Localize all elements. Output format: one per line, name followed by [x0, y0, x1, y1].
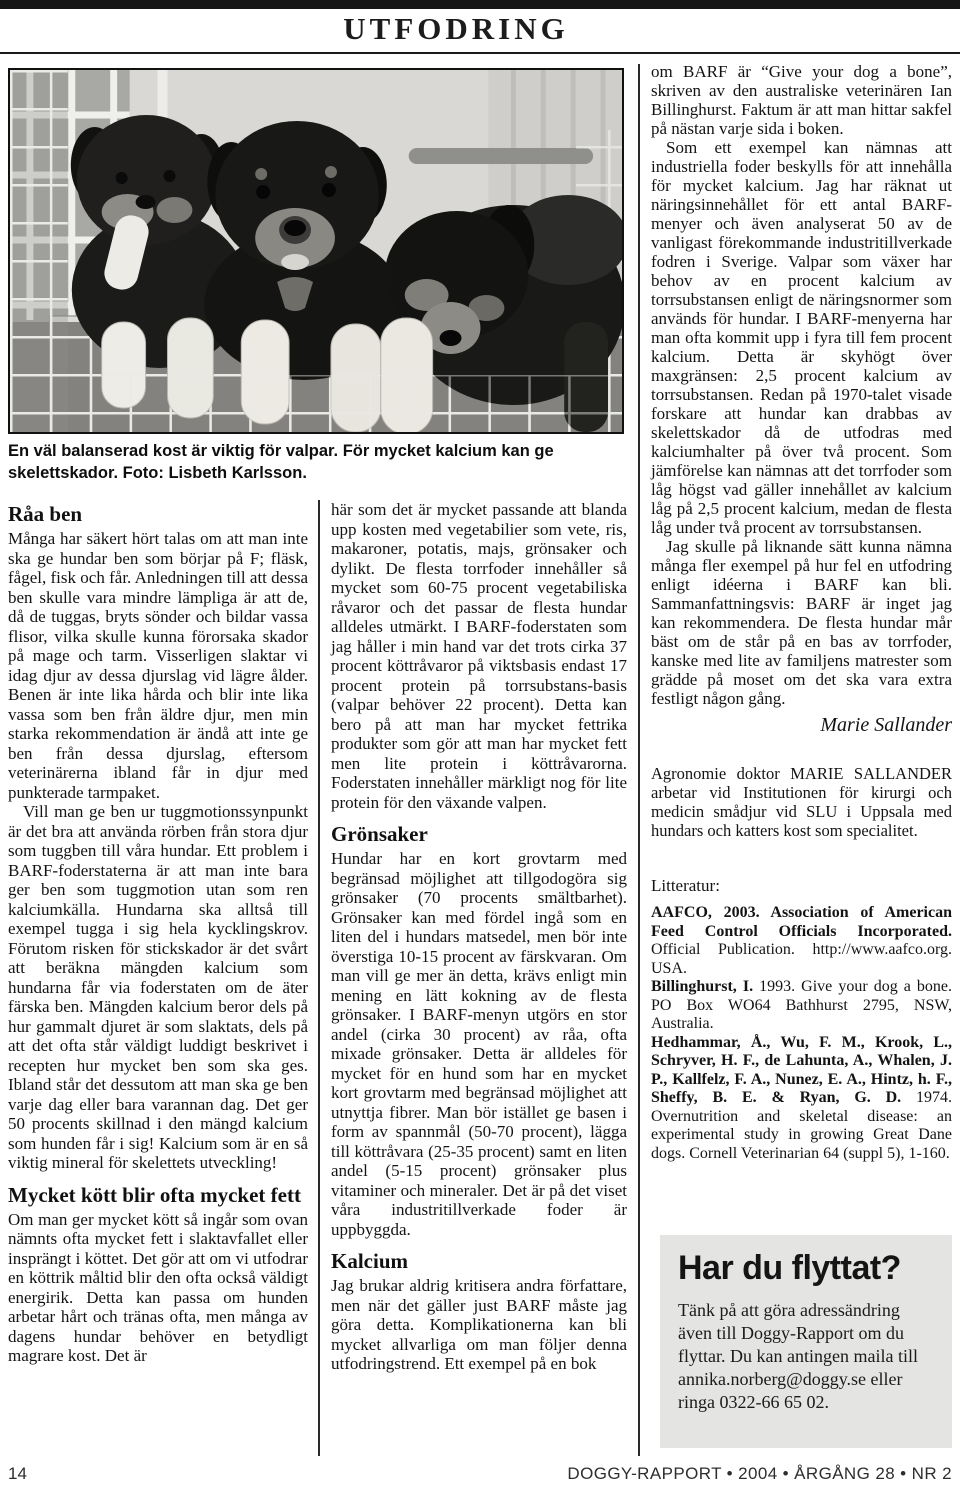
body-paragraph: Om man ger mycket kött så ingår som ovan…: [8, 1210, 308, 1366]
article-column-2: här som det är mycket passande att bland…: [331, 500, 627, 1374]
notice-heading: Har du flyttat?: [678, 1250, 934, 1287]
reference-details: Official Publication. http://www.aafco.o…: [651, 941, 952, 977]
article-column-1: Råa ben Många har säkert hört talas om a…: [8, 502, 308, 1366]
reference-item: AAFCO, 2003. Association of American Fee…: [651, 904, 952, 978]
puppies-photo-illustration: [10, 70, 622, 432]
page-title: UTFODRING: [0, 11, 912, 47]
column-divider-right: [638, 64, 640, 1456]
reference-item: Hedhammar, Å., Wu, F. M., Krook, L., Sch…: [651, 1034, 952, 1164]
notice-body: Tänk på att göra adressändring även till…: [678, 1299, 934, 1414]
column-divider-left: [318, 500, 320, 1456]
body-paragraph: Jag brukar aldrig kritisera andra förfat…: [331, 1276, 627, 1374]
section-heading-kalcium: Kalcium: [331, 1249, 627, 1273]
reference-authors: Billinghurst, I.: [651, 978, 753, 995]
address-change-notice-box: Har du flyttat? Tänk på att göra adressä…: [660, 1235, 952, 1448]
literature-label: Litteratur:: [651, 876, 952, 895]
body-paragraph: om BARF är “Give your dog a bone”, skriv…: [651, 62, 952, 138]
magazine-page: UTFODRING: [0, 0, 960, 1495]
body-paragraph: Många har säkert hört talas om att man i…: [8, 529, 308, 802]
author-bio: Agronomie doktor MARIE SALLANDER arbetar…: [651, 764, 952, 840]
body-paragraph: Hundar har en kort grovtarm med begränsa…: [331, 849, 627, 1239]
photo-caption: En väl balanserad kost är viktig för val…: [8, 441, 626, 484]
puppies-photo: [8, 68, 624, 434]
page-number: 14: [8, 1464, 27, 1484]
body-paragraph: här som det är mycket passande att bland…: [331, 500, 627, 812]
section-heading-gronsaker: Grönsaker: [331, 822, 627, 846]
section-heading-mycket-kott: Mycket kött blir ofta mycket fett: [8, 1183, 308, 1207]
body-paragraph: Jag skulle på liknande sätt kunna nämna …: [651, 537, 952, 708]
masthead-top-bar: [0, 0, 960, 9]
reference-authors: AAFCO, 2003. Association of American Fee…: [651, 904, 952, 940]
masthead-divider: [0, 52, 960, 54]
body-paragraph: Som ett exempel kan nämnas att industrie…: [651, 138, 952, 537]
section-heading-raa-ben: Råa ben: [8, 502, 308, 526]
article-column-3: om BARF är “Give your dog a bone”, skriv…: [651, 62, 952, 1163]
reference-item: Billinghurst, I. 1993. Give your dog a b…: [651, 978, 952, 1034]
journal-footer-line: DOGGY-RAPPORT • 2004 • ÅRGÅNG 28 • NR 2: [567, 1464, 952, 1484]
body-paragraph: Vill man ge ben ur tuggmotionssynpunkt ä…: [8, 802, 308, 1173]
author-byline: Marie Sallander: [651, 713, 952, 737]
reference-list: AAFCO, 2003. Association of American Fee…: [651, 904, 952, 1163]
